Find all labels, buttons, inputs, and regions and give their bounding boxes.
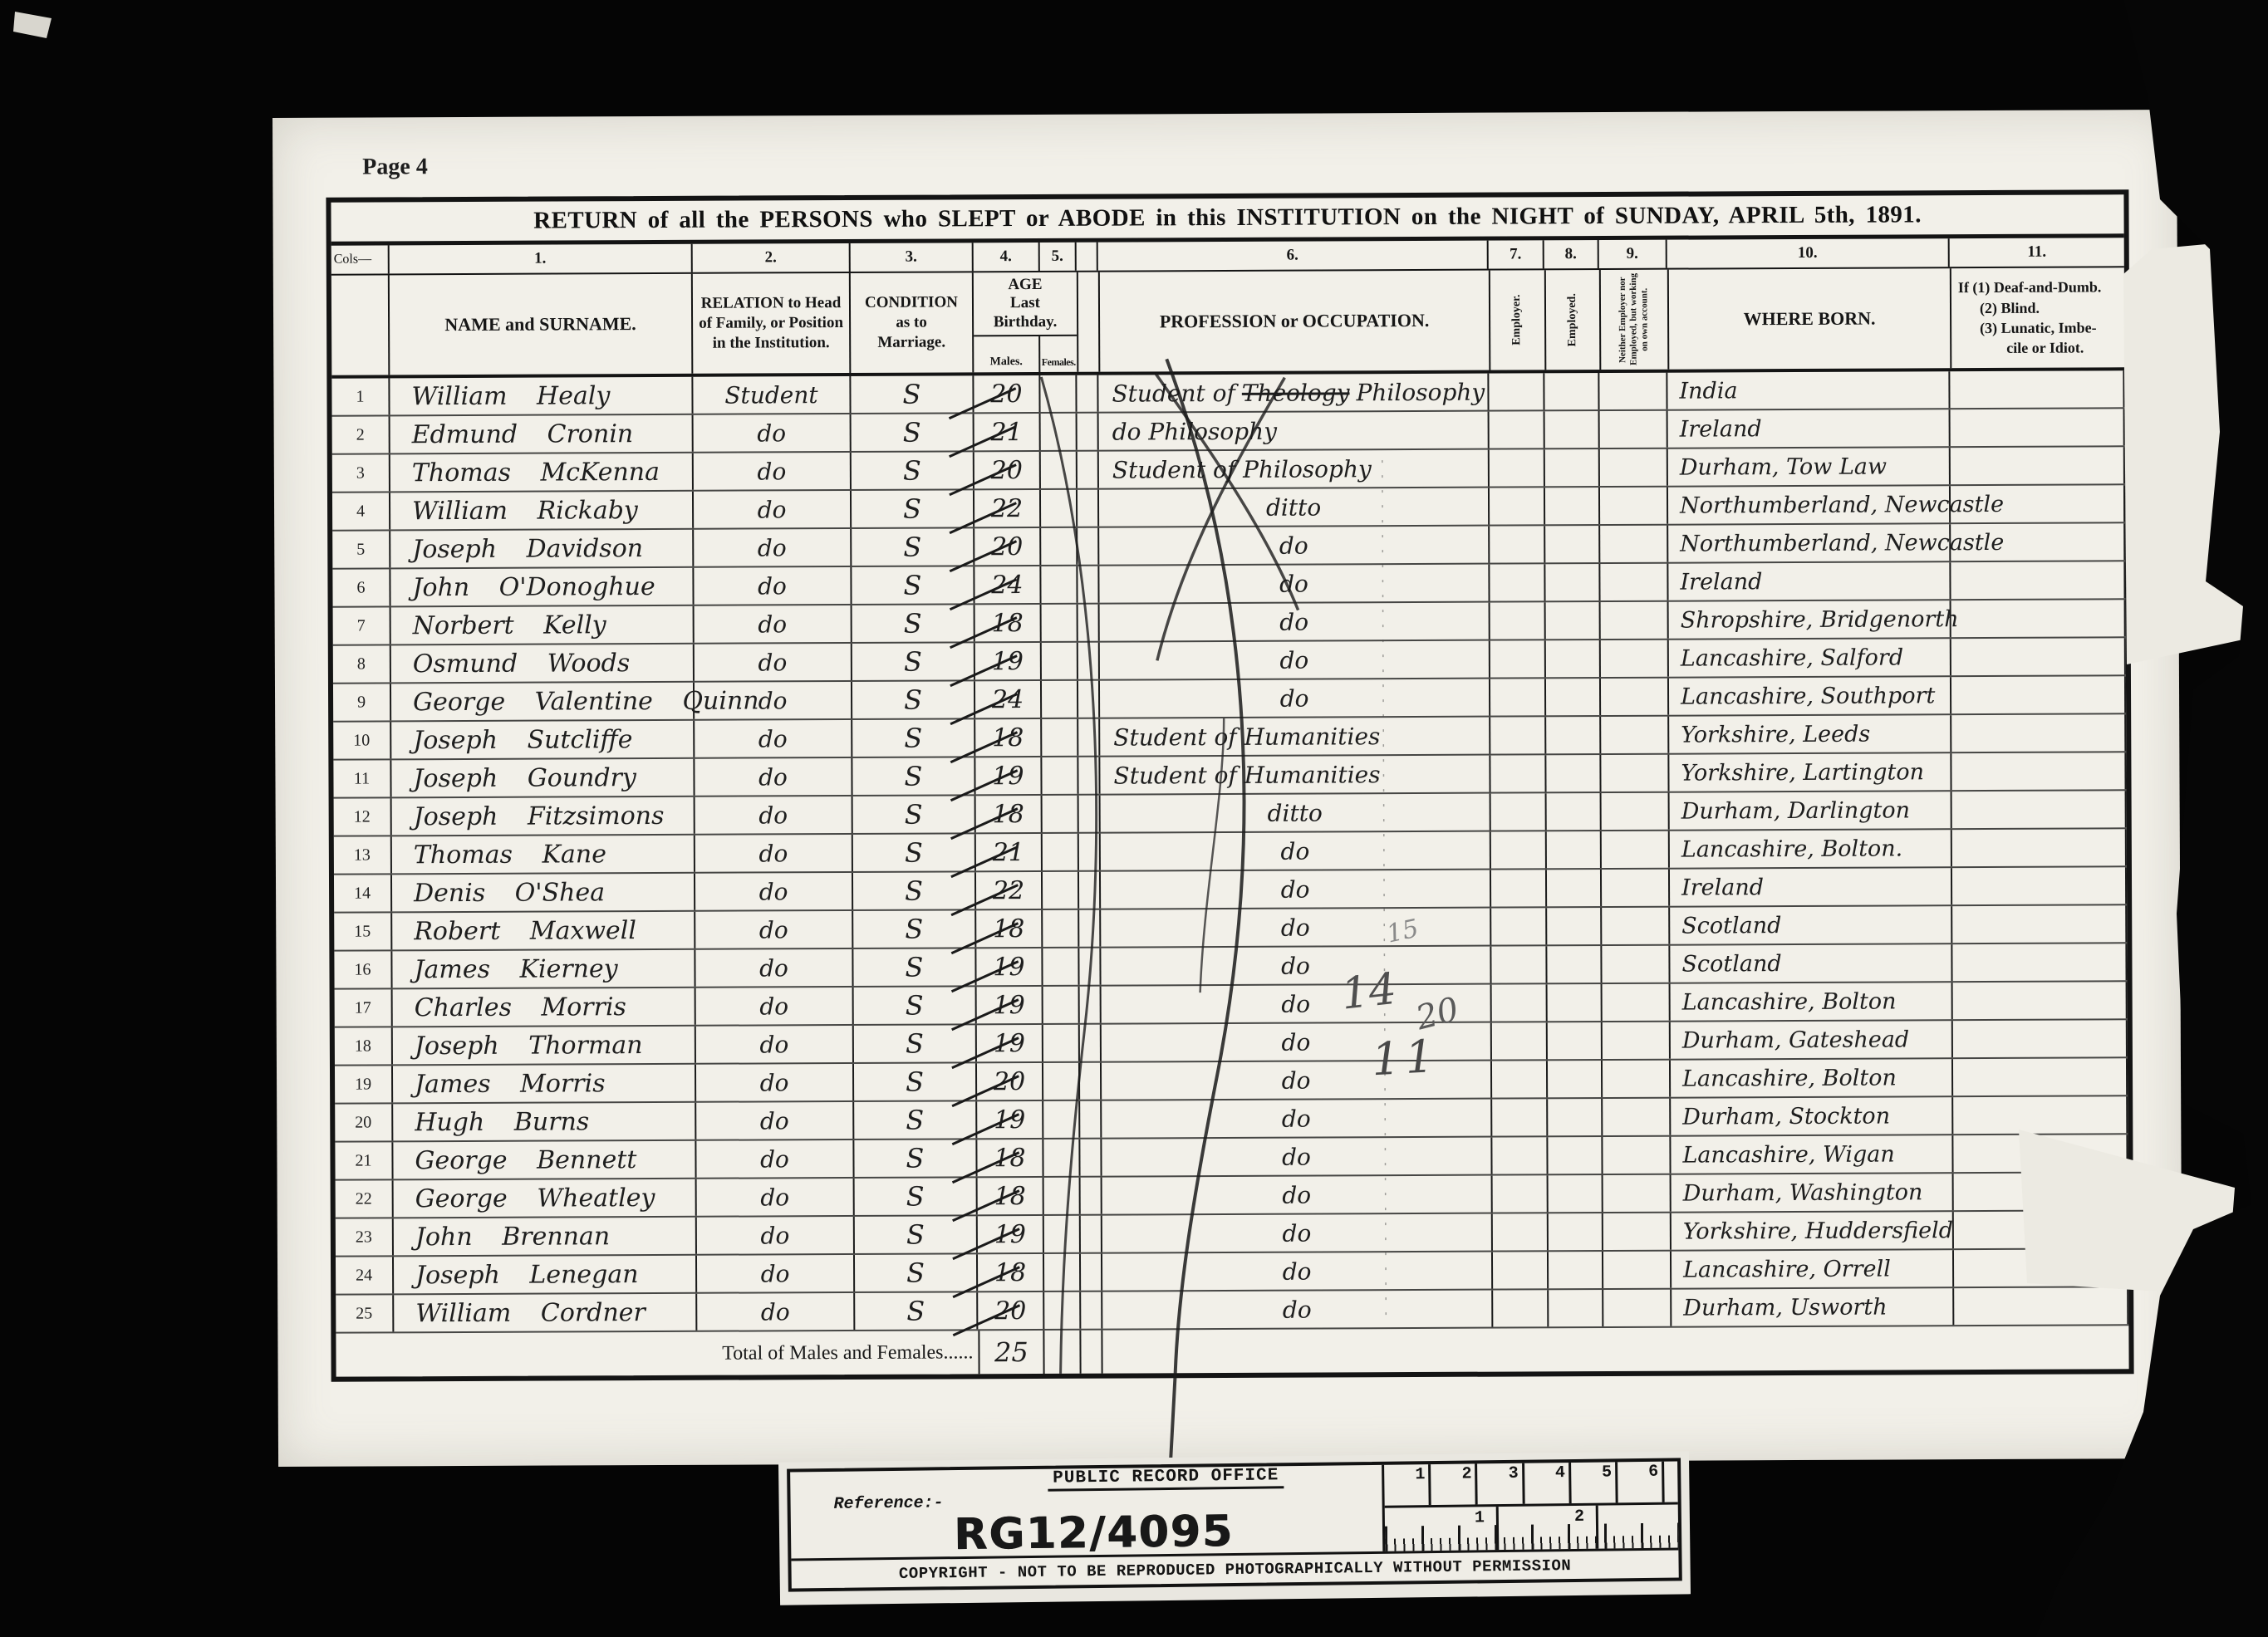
header-rownum xyxy=(331,275,390,375)
name-cell: James Kierney xyxy=(392,950,695,988)
where-born-cell: Ireland xyxy=(1668,562,1951,600)
gap-cell xyxy=(1081,1254,1102,1291)
infirmity-cell xyxy=(1952,905,2127,943)
relation-cell: do xyxy=(696,1026,854,1063)
condition-cell: S xyxy=(854,1025,977,1062)
age-male-cell: 20 xyxy=(974,375,1040,412)
age-male-cell: 20 xyxy=(974,528,1041,565)
header-employed-label: Employed. xyxy=(1566,288,1579,351)
header-employed: Employed. xyxy=(1546,270,1602,370)
condition-cell: S xyxy=(852,452,974,489)
infirmity-cell xyxy=(1951,600,2126,637)
relation-cell: do xyxy=(694,453,852,490)
where-born-cell: Lancashire, Wigan xyxy=(1671,1135,1953,1173)
gap-cell xyxy=(1078,681,1100,718)
occupation-cell: do xyxy=(1099,527,1490,565)
employed-cell xyxy=(1545,526,1600,562)
row-number: 7 xyxy=(333,607,391,644)
infirmity-cell xyxy=(1951,561,2125,599)
condition-cell: S xyxy=(853,872,976,909)
age-male-cell: 18 xyxy=(976,910,1043,947)
name-cell: Edmund Cronin xyxy=(390,415,694,453)
occupation-cell: do xyxy=(1102,1252,1493,1291)
row-number: 1 xyxy=(331,378,390,414)
occupation-cell: do Philosophy xyxy=(1099,412,1490,450)
occupation-cell: do xyxy=(1102,985,1492,1023)
condition-cell: S xyxy=(853,948,976,986)
infirmity-cell xyxy=(1951,714,2126,752)
condition-cell: S xyxy=(852,566,974,604)
table-row: 25 William Cordner do S 20 do Durham, Us… xyxy=(336,1287,2128,1333)
age-female-cell xyxy=(1043,834,1079,870)
employer-cell xyxy=(1491,831,1547,868)
occupation-cell: do xyxy=(1102,1100,1492,1138)
neither-cell xyxy=(1602,831,1670,868)
gap-cell xyxy=(1080,1140,1102,1176)
occupation-cell: Student of Humanities xyxy=(1100,718,1490,756)
gap-cell xyxy=(1078,757,1100,794)
name-cell: Norbert Kelly xyxy=(391,606,695,645)
employed-cell xyxy=(1548,1061,1603,1097)
employed-cell xyxy=(1546,640,1601,677)
occupation-cell: do xyxy=(1102,1023,1492,1061)
infirmity-cell xyxy=(1954,1211,2128,1248)
age-female-cell xyxy=(1041,566,1078,603)
name-cell: William Cordner xyxy=(394,1294,697,1332)
infirmity-cell xyxy=(1951,638,2126,675)
cols-label: Cols— xyxy=(331,245,390,273)
age-female-cell xyxy=(1043,1101,1080,1138)
name-cell: Thomas Kane xyxy=(392,836,695,874)
employer-cell xyxy=(1492,984,1548,1021)
occupation-text: do xyxy=(1283,1296,1312,1323)
header-condition: CONDITION as to Marriage. xyxy=(851,272,974,373)
gap-cell xyxy=(1081,1292,1102,1329)
header-age-males: Males. xyxy=(974,336,1040,372)
age-female-cell xyxy=(1044,1292,1081,1329)
occupation-text: do xyxy=(1282,1181,1311,1208)
employer-cell xyxy=(1493,1252,1549,1288)
neither-cell xyxy=(1602,946,1670,983)
infirmity-cell xyxy=(1953,1058,2128,1095)
ruler-inch-2: 2 xyxy=(1574,1507,1584,1527)
relation-cell: do xyxy=(694,414,852,452)
employed-cell xyxy=(1548,1022,1603,1059)
neither-cell xyxy=(1603,1061,1671,1097)
condition-cell: S xyxy=(852,605,975,642)
gap-cell xyxy=(1078,490,1099,527)
condition-cell: S xyxy=(854,987,977,1024)
occupation-text: do xyxy=(1281,875,1310,903)
gap-cell xyxy=(1080,987,1102,1023)
age-male-cell: 19 xyxy=(977,987,1043,1023)
stamp-reference-area: PUBLIC RECORD OFFICE Reference:- RG12/40… xyxy=(790,1465,1382,1559)
table-title: RETURN of all the PERSONS who SLEPT or A… xyxy=(331,194,2123,245)
occupation-cell: Student of Humanities xyxy=(1100,756,1490,794)
name-cell: James Morris xyxy=(393,1065,696,1103)
occupation-cell: ditto xyxy=(1101,794,1491,832)
condition-cell: S xyxy=(854,1140,977,1177)
infirmity-cell xyxy=(1951,676,2126,713)
age-female-cell xyxy=(1043,948,1079,985)
gap-cell xyxy=(1081,1216,1102,1252)
infirmity-line-3: (3) Lunatic, Imbe- xyxy=(1958,317,2097,338)
infirmity-cell xyxy=(1953,982,2128,1019)
gap-cell xyxy=(1078,566,1099,603)
age-female-cell xyxy=(1040,375,1077,412)
employer-cell xyxy=(1491,870,1547,906)
condition-cell: S xyxy=(855,1292,978,1330)
occupation-text: do xyxy=(1283,1257,1312,1285)
employed-cell xyxy=(1547,831,1602,868)
row-number: 14 xyxy=(334,875,392,911)
where-born-cell: India xyxy=(1667,371,1950,409)
colnum-9: 9. xyxy=(1599,240,1667,268)
where-born-cell: Lancashire, Bolton xyxy=(1671,1059,1953,1096)
condition-cell: S xyxy=(852,490,974,527)
name-cell: Osmund Woods xyxy=(391,645,695,683)
name-cell: Joseph Davidson xyxy=(390,530,694,568)
age-female-cell xyxy=(1043,987,1080,1023)
neither-cell xyxy=(1600,411,1668,448)
relation-cell: do xyxy=(696,988,854,1025)
row-number: 3 xyxy=(332,454,390,491)
relation-cell: do xyxy=(695,682,852,719)
condition-cell: S xyxy=(855,1178,978,1215)
age-male-cell: 22 xyxy=(974,490,1041,527)
age-female-cell xyxy=(1043,796,1079,832)
ruler-cm-scale: 1 2 3 4 5 6 xyxy=(1384,1461,1678,1507)
where-born-cell: Durham, Stockton xyxy=(1671,1097,1953,1135)
employed-cell xyxy=(1549,1290,1603,1326)
gap-cell xyxy=(1080,1101,1102,1138)
condition-cell: S xyxy=(853,910,976,948)
age-male-cell: 20 xyxy=(974,452,1041,488)
name-cell: John O'Donoghue xyxy=(390,568,694,606)
where-born-cell: Scotland xyxy=(1670,944,1952,982)
where-born-cell: Shropshire, Bridgenorth xyxy=(1669,600,1951,638)
condition-cell: S xyxy=(855,1254,978,1291)
age-male-cell: 18 xyxy=(978,1178,1044,1214)
header-age-split: Males. Females. xyxy=(974,335,1077,372)
employed-cell xyxy=(1547,946,1602,983)
ruler-cm-stub xyxy=(1664,1461,1678,1502)
stamp-ruler: 1 2 3 4 5 6 1 2 xyxy=(1382,1461,1678,1551)
occupation-text: do xyxy=(1281,1028,1310,1056)
total-label: Total of Males and Females...... xyxy=(336,1331,978,1376)
header-age: AGE Last Birthday. xyxy=(974,272,1077,336)
condition-cell: S xyxy=(852,643,975,680)
row-number: 22 xyxy=(336,1180,394,1217)
infirmity-cell xyxy=(1953,1020,2128,1057)
age-female-cell xyxy=(1043,1140,1080,1176)
condition-cell: S xyxy=(853,796,976,833)
relation-cell: Student xyxy=(693,376,851,414)
header-neither-label: Neither Employer nor Employed, but worki… xyxy=(1618,270,1651,370)
colnum-2: 2. xyxy=(693,243,851,272)
colnum-6: 6. xyxy=(1098,241,1489,271)
row-number: 19 xyxy=(335,1066,393,1102)
gap-cell xyxy=(1079,948,1101,985)
neither-cell xyxy=(1601,602,1669,639)
where-born-cell: Lancashire, Salford xyxy=(1669,639,1951,676)
name-cell: Joseph Goundry xyxy=(391,759,695,797)
where-born-cell: Lancashire, Bolton xyxy=(1671,983,1953,1020)
relation-cell: do xyxy=(696,1064,854,1101)
condition-cell: S xyxy=(855,1216,978,1253)
gap-cell xyxy=(1079,834,1101,870)
total-value: 25 xyxy=(978,1331,1044,1374)
neither-cell xyxy=(1603,1175,1672,1212)
occupation-cell: do xyxy=(1102,1138,1492,1176)
record-office-stamp: PUBLIC RECORD OFFICE Reference:- RG12/40… xyxy=(778,1451,1691,1605)
occupation-text: do xyxy=(1281,952,1310,979)
film-white-sliver xyxy=(13,12,52,38)
age-female-cell xyxy=(1043,1063,1080,1100)
name-cell: Hugh Burns xyxy=(393,1103,696,1141)
age-female-cell xyxy=(1042,757,1078,794)
name-cell: Robert Maxwell xyxy=(392,912,695,950)
infirmity-cell xyxy=(1952,791,2127,828)
where-born-cell: Durham, Usworth xyxy=(1672,1288,1954,1326)
where-born-cell: Northumberland, Newcastle xyxy=(1668,486,1951,523)
neither-cell xyxy=(1600,488,1668,524)
row-number: 6 xyxy=(332,569,390,605)
reference-number: RG12/4095 xyxy=(954,1507,1235,1560)
row-number: 8 xyxy=(333,645,391,682)
employed-cell xyxy=(1545,449,1600,486)
occupation-text: do xyxy=(1281,914,1310,941)
employed-cell xyxy=(1547,793,1602,830)
colnum-3: 3. xyxy=(851,243,974,272)
employer-cell xyxy=(1490,564,1545,600)
occupation-text: Student of Philosophy xyxy=(1112,455,1372,483)
employer-cell xyxy=(1491,946,1547,983)
age-male-cell: 19 xyxy=(978,1216,1044,1252)
neither-cell xyxy=(1600,526,1668,562)
gap-cell xyxy=(1078,528,1099,565)
age-male-cell: 18 xyxy=(975,605,1042,641)
gap-cell xyxy=(1079,796,1101,832)
column-header-row: NAME and SURNAME. RELATION to Head of Fa… xyxy=(331,267,2125,378)
ruler-inch-divider-1 xyxy=(1496,1507,1500,1550)
age-male-cell: 19 xyxy=(975,757,1042,794)
header-age-group: AGE Last Birthday. Males. Females. xyxy=(974,272,1079,373)
age-male-cell: 21 xyxy=(976,834,1043,870)
infirmity-cell xyxy=(1952,943,2127,981)
employer-cell xyxy=(1493,1213,1549,1250)
relation-cell: do xyxy=(697,1217,855,1254)
infirmity-line-1: If (1) Deaf-and-Dumb. xyxy=(1958,277,2102,298)
neither-cell xyxy=(1600,449,1668,486)
row-number: 15 xyxy=(334,913,392,949)
gap-cell xyxy=(1079,910,1101,947)
employer-cell xyxy=(1490,526,1545,562)
occupation-text: ditto xyxy=(1267,799,1322,826)
neither-cell xyxy=(1602,908,1670,944)
employer-cell xyxy=(1490,411,1545,448)
occupation-cell: do xyxy=(1102,1061,1492,1100)
colnum-8: 8. xyxy=(1544,240,1599,268)
infirmity-cell xyxy=(1954,1287,2128,1325)
condition-cell: S xyxy=(854,1063,977,1100)
employer-cell xyxy=(1492,1061,1548,1097)
occupation-text: do xyxy=(1280,837,1309,865)
infirmity-cell xyxy=(1951,447,2125,484)
employed-cell xyxy=(1547,870,1602,906)
neither-cell xyxy=(1601,717,1669,753)
occupation-cell: do xyxy=(1101,870,1491,909)
neither-cell xyxy=(1601,640,1669,677)
name-cell: Thomas McKenna xyxy=(390,453,694,492)
employer-cell xyxy=(1491,908,1547,944)
where-born-cell: Ireland xyxy=(1668,409,1951,447)
occupation-text: do xyxy=(1279,570,1308,597)
page-number-label: Page 4 xyxy=(362,154,428,180)
neither-cell xyxy=(1603,984,1671,1021)
employed-cell xyxy=(1546,679,1601,715)
name-cell: Joseph Thorman xyxy=(393,1027,696,1065)
occupation-cell: do xyxy=(1100,679,1490,718)
age-male-cell: 19 xyxy=(976,948,1043,985)
occupation-cell: Student of Philosophy xyxy=(1099,450,1490,488)
name-cell: George Valentine Quinn xyxy=(391,683,695,721)
relation-cell: do xyxy=(694,491,852,528)
age-male-cell: 22 xyxy=(976,872,1043,909)
occupation-cell: do xyxy=(1100,641,1490,679)
stamp-box: PUBLIC RECORD OFFICE Reference:- RG12/40… xyxy=(787,1458,1682,1591)
gap-cell xyxy=(1078,643,1100,679)
infirmity-cell xyxy=(1954,1249,2128,1287)
employed-cell xyxy=(1547,908,1602,944)
employer-cell xyxy=(1492,1022,1548,1059)
header-age-females: Females. xyxy=(1040,336,1077,372)
age-female-cell xyxy=(1042,643,1078,679)
row-number: 10 xyxy=(333,722,391,758)
occupation-text: do xyxy=(1279,608,1308,635)
occupation-after-text: Philosophy xyxy=(1356,378,1485,406)
condition-cell: S xyxy=(852,681,975,718)
name-cell: John Brennan xyxy=(394,1218,697,1256)
relation-cell: do xyxy=(695,758,852,796)
occupation-cell: do xyxy=(1102,1291,1493,1329)
ruler-cm-6: 6 xyxy=(1618,1462,1665,1503)
total-gap-cell xyxy=(1081,1331,1102,1374)
where-born-cell: Lancashire, Bolton. xyxy=(1670,830,1952,867)
header-employer-label: Employer. xyxy=(1510,290,1524,350)
name-cell: William Rickaby xyxy=(390,492,694,530)
census-page: Page 4 RETURN of all the PERSONS who SLE… xyxy=(272,110,2182,1467)
condition-cell: S xyxy=(852,757,975,795)
relation-cell: do xyxy=(697,1255,855,1292)
age-female-cell xyxy=(1043,1025,1080,1061)
condition-cell: S xyxy=(852,414,974,451)
header-infirmity: If (1) Deaf-and-Dumb. (2) Blind. (3) Lun… xyxy=(1951,267,2125,368)
row-number: 12 xyxy=(334,798,392,835)
age-female-cell xyxy=(1043,872,1079,909)
age-male-cell: 19 xyxy=(977,1025,1043,1061)
condition-cell: S xyxy=(853,834,976,871)
row-number: 4 xyxy=(332,493,390,529)
relation-cell: do xyxy=(695,644,852,681)
employer-cell xyxy=(1493,1175,1549,1212)
employer-cell xyxy=(1490,717,1546,753)
gap-cell xyxy=(1077,375,1098,412)
neither-cell xyxy=(1600,564,1668,600)
age-female-cell xyxy=(1044,1216,1081,1252)
employer-cell xyxy=(1492,1099,1548,1135)
occupation-text: do xyxy=(1282,1105,1311,1132)
age-female-cell xyxy=(1044,1254,1081,1291)
occupation-text: do xyxy=(1281,990,1310,1017)
name-cell: Joseph Lenegan xyxy=(394,1256,697,1294)
where-born-cell: Durham, Darlington xyxy=(1670,792,1952,829)
ruler-inch-1: 1 xyxy=(1475,1508,1485,1527)
employer-cell xyxy=(1489,373,1544,409)
relation-cell: do xyxy=(696,1102,854,1140)
total-females-cell xyxy=(1044,1331,1081,1374)
occupation-cell: do xyxy=(1101,947,1491,985)
occupation-text: do xyxy=(1279,646,1308,674)
employed-cell xyxy=(1549,1175,1603,1212)
employed-cell xyxy=(1546,602,1601,639)
infirmity-cell xyxy=(1952,829,2127,866)
relation-cell: do xyxy=(694,567,852,605)
header-relation: RELATION to Head of Family, or Position … xyxy=(693,273,852,374)
name-cell: Charles Morris xyxy=(393,988,696,1027)
infirmity-cell xyxy=(1951,409,2125,446)
relation-cell: do xyxy=(695,835,853,872)
employed-cell xyxy=(1545,411,1600,448)
name-cell: George Wheatley xyxy=(394,1179,697,1218)
neither-cell xyxy=(1601,755,1669,792)
occupation-text: do xyxy=(1282,1066,1311,1094)
neither-cell xyxy=(1599,373,1667,409)
where-born-cell: Scotland xyxy=(1670,906,1952,943)
occupation-cell: do xyxy=(1101,909,1491,947)
age-female-cell xyxy=(1041,414,1078,450)
row-number: 23 xyxy=(336,1218,394,1255)
condition-cell: S xyxy=(852,719,975,757)
relation-cell: do xyxy=(695,911,853,948)
row-number: 17 xyxy=(335,989,393,1026)
occupation-cell: do xyxy=(1102,1214,1493,1252)
colnum-7: 7. xyxy=(1489,240,1544,268)
age-male-cell: 24 xyxy=(974,566,1041,603)
employed-cell xyxy=(1545,564,1600,600)
total-rest-cell xyxy=(1102,1326,2128,1373)
neither-cell xyxy=(1602,793,1670,830)
relation-cell: do xyxy=(694,529,852,566)
reference-label: Reference:- xyxy=(833,1493,943,1514)
neither-cell xyxy=(1603,1213,1672,1250)
row-number: 13 xyxy=(334,836,392,873)
employer-cell xyxy=(1491,793,1547,830)
employed-cell xyxy=(1546,755,1601,792)
row-number: 25 xyxy=(336,1295,394,1331)
age-male-cell: 20 xyxy=(977,1063,1043,1100)
colnum-gap xyxy=(1077,243,1098,271)
total-row: Total of Males and Females...... 25 xyxy=(336,1326,2128,1376)
where-born-cell: Ireland xyxy=(1670,868,1952,905)
row-number: 16 xyxy=(334,951,392,988)
ruler-cm-5: 5 xyxy=(1571,1462,1618,1503)
employed-cell xyxy=(1545,488,1600,524)
name-cell: Joseph Sutcliffe xyxy=(391,721,695,759)
gap-cell xyxy=(1081,1178,1102,1214)
ruler-inch-divider-2 xyxy=(1596,1506,1599,1549)
employed-cell xyxy=(1548,984,1603,1021)
